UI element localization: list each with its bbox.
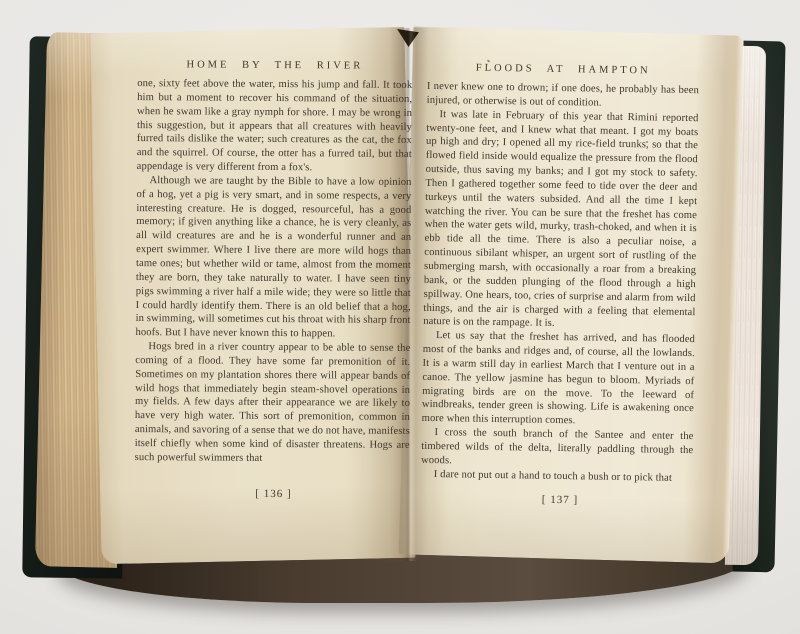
paper-speck [228, 316, 230, 318]
left-running-head: HOME BY THE RIVER [137, 59, 412, 72]
left-page-content: HOME BY THE RIVER one, sixty feet above … [135, 59, 413, 467]
right-page-text: I never knew one to drown; if one does, … [421, 80, 699, 486]
paragraph: Hogs bred in a river country appear to b… [135, 340, 411, 467]
right-page-content: FLOODS AT HAMPTON I never knew one to dr… [421, 62, 700, 486]
paper-speck [646, 141, 648, 143]
paragraph: I cross the south branch of the Santee a… [421, 426, 694, 472]
left-page-text: one, sixty feet above the water, miss hi… [135, 77, 413, 467]
paragraph: Let us say that the freshet has arrived,… [422, 329, 695, 430]
paragraph: one, sixty feet above the water, miss hi… [137, 77, 413, 176]
paragraph: Although we are taught by the Bible to h… [135, 174, 411, 342]
book-photograph: HOME BY THE RIVER one, sixty feet above … [0, 0, 800, 634]
paragraph: I never knew one to drown; if one does, … [427, 80, 699, 112]
left-page-number: [ 136 ] [136, 487, 411, 501]
paragraph: It was late in February of this year tha… [423, 108, 698, 334]
